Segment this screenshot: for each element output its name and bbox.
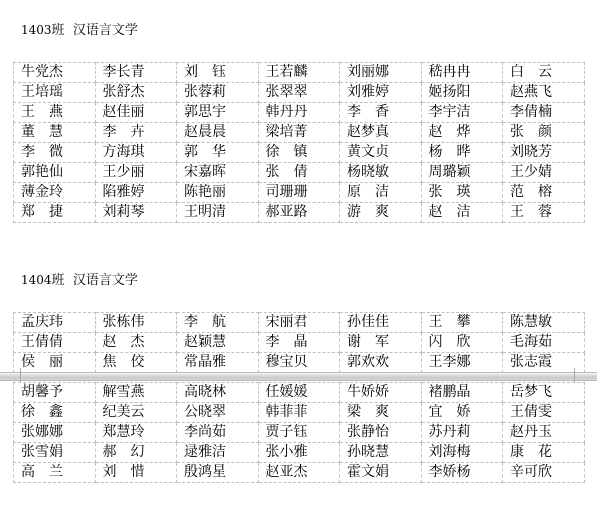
student-name-cell: 解雪燕 <box>95 383 177 403</box>
student-name-cell: 陈慧敏 <box>503 313 585 333</box>
student-name-cell: 宜 娇 <box>421 403 503 423</box>
student-name-cell: 李 晶 <box>258 333 340 353</box>
student-name-cell: 梁培菁 <box>258 123 340 143</box>
student-name-cell: 辛可欣 <box>503 463 585 483</box>
student-name-cell: 白 云 <box>503 63 585 83</box>
table-row: 张雪娟郝 幻逯雅洁张小雅孙晓慧刘海梅康 花 <box>14 443 585 463</box>
split-handle-right[interactable] <box>574 368 597 382</box>
student-name-cell: 李 航 <box>177 313 259 333</box>
student-name-cell: 殷鸿星 <box>177 463 259 483</box>
student-name-cell: 郑慧玲 <box>95 423 177 443</box>
student-name-cell: 王倩倩 <box>14 333 96 353</box>
student-name-cell: 贾子钰 <box>258 423 340 443</box>
document-page: 1403班 汉语言文学 牛党杰李长青刘 钰王若麟刘丽娜嵇冉冉白 云王培瑶张舒杰张… <box>0 0 597 522</box>
subject-label: 汉语言文学 <box>73 273 138 288</box>
student-name-cell: 刘晓芳 <box>503 143 585 163</box>
student-name-cell: 高晓林 <box>177 383 259 403</box>
student-name-cell: 黄文贞 <box>340 143 422 163</box>
class-label: 班 <box>52 23 65 38</box>
class-1404-title: 1404班 汉语言文学 <box>21 272 138 289</box>
student-name-cell: 王少丽 <box>95 163 177 183</box>
student-name-cell: 赵晨晨 <box>177 123 259 143</box>
student-name-cell: 侯 丽 <box>14 353 96 373</box>
student-name-cell: 高 兰 <box>14 463 96 483</box>
student-name-cell: 王李娜 <box>421 353 503 373</box>
class-1404-roster-table-bottom: 胡馨予解雪燕高晓林任媛媛牛娇娇褚鹏晶岳梦飞徐 鑫纪美云公晓翠韩菲菲梁 爽宜 娇王… <box>13 382 585 483</box>
student-name-cell: 李长青 <box>95 63 177 83</box>
student-name-cell: 谢 军 <box>340 333 422 353</box>
table-row: 高 兰刘 惜殷鸿星赵亚杰霍文娟李娇杨辛可欣 <box>14 463 585 483</box>
table-row: 王 燕赵佳丽郭思宇韩丹丹李 香李宇洁李倩楠 <box>14 103 585 123</box>
student-name-cell: 杨晓敏 <box>340 163 422 183</box>
student-name-cell: 岳梦飞 <box>503 383 585 403</box>
student-name-cell: 焦 佼 <box>95 353 177 373</box>
student-name-cell: 宋嘉晖 <box>177 163 259 183</box>
student-name-cell: 张栋伟 <box>95 313 177 333</box>
student-name-cell: 赵 烨 <box>421 123 503 143</box>
student-name-cell: 张 瑛 <box>421 183 503 203</box>
student-name-cell: 纪美云 <box>95 403 177 423</box>
student-name-cell: 张 颜 <box>503 123 585 143</box>
student-name-cell: 宋丽君 <box>258 313 340 333</box>
student-name-cell: 孙晓慧 <box>340 443 422 463</box>
student-name-cell: 王 蓉 <box>503 203 585 223</box>
table-row: 胡馨予解雪燕高晓林任媛媛牛娇娇褚鹏晶岳梦飞 <box>14 383 585 403</box>
table-row: 李 微方海琪郭 华徐 镇黄文贞杨 晔刘晓芳 <box>14 143 585 163</box>
student-name-cell: 赵亚杰 <box>258 463 340 483</box>
student-name-cell: 牛党杰 <box>14 63 96 83</box>
table-row: 张娜娜郑慧玲李尚茹贾子钰张静怡苏丹莉赵丹玉 <box>14 423 585 443</box>
student-name-cell: 闪 欣 <box>421 333 503 353</box>
student-name-cell: 原 洁 <box>340 183 422 203</box>
student-name-cell: 周璐颖 <box>421 163 503 183</box>
student-name-cell: 李娇杨 <box>421 463 503 483</box>
class-1403-roster-table: 牛党杰李长青刘 钰王若麟刘丽娜嵇冉冉白 云王培瑶张舒杰张蓉莉张翠翠刘雅婷姬扬阳赵… <box>13 62 585 223</box>
student-name-cell: 王少婧 <box>503 163 585 183</box>
student-name-cell: 张蓉莉 <box>177 83 259 103</box>
student-name-cell: 赵 洁 <box>421 203 503 223</box>
student-name-cell: 张娜娜 <box>14 423 96 443</box>
student-name-cell: 胡馨予 <box>14 383 96 403</box>
student-name-cell: 徐 镇 <box>258 143 340 163</box>
student-name-cell: 杨 晔 <box>421 143 503 163</box>
table-row: 郑 捷刘莉琴王明清郝亚路游 爽赵 洁王 蓉 <box>14 203 585 223</box>
student-name-cell: 郭欢欢 <box>340 353 422 373</box>
student-name-cell: 李尚茹 <box>177 423 259 443</box>
student-name-cell: 张翠翠 <box>258 83 340 103</box>
student-name-cell: 刘雅婷 <box>340 83 422 103</box>
student-name-cell: 陷雅婷 <box>95 183 177 203</box>
student-name-cell: 孟庆玮 <box>14 313 96 333</box>
student-name-cell: 赵颖慧 <box>177 333 259 353</box>
student-name-cell: 李倩楠 <box>503 103 585 123</box>
student-name-cell: 常晶雅 <box>177 353 259 373</box>
student-name-cell: 赵丹玉 <box>503 423 585 443</box>
class-1404-roster-table-top: 孟庆玮张栋伟李 航宋丽君孙佳佳王 攀陈慧敏王倩倩赵 杰赵颖慧李 晶谢 军闪 欣毛… <box>13 312 585 373</box>
student-name-cell: 郑 捷 <box>14 203 96 223</box>
student-name-cell: 张志霞 <box>503 353 585 373</box>
subject-label: 汉语言文学 <box>73 23 138 38</box>
student-name-cell: 韩菲菲 <box>258 403 340 423</box>
class-number: 1404 <box>21 273 52 287</box>
student-name-cell: 霍文娟 <box>340 463 422 483</box>
student-name-cell: 王 攀 <box>421 313 503 333</box>
student-name-cell: 郝 幻 <box>95 443 177 463</box>
student-name-cell: 张小雅 <box>258 443 340 463</box>
student-name-cell: 康 花 <box>503 443 585 463</box>
student-name-cell: 王 燕 <box>14 103 96 123</box>
student-name-cell: 陈艳丽 <box>177 183 259 203</box>
class-label: 班 <box>52 273 65 288</box>
student-name-cell: 赵燕飞 <box>503 83 585 103</box>
split-handle-left[interactable] <box>0 368 21 382</box>
student-name-cell: 李 香 <box>340 103 422 123</box>
student-name-cell: 刘 惜 <box>95 463 177 483</box>
student-name-cell: 范 榕 <box>503 183 585 203</box>
student-name-cell: 毛海茹 <box>503 333 585 353</box>
class-1403-title: 1403班 汉语言文学 <box>21 22 138 39</box>
student-name-cell: 郝亚路 <box>258 203 340 223</box>
class-number: 1403 <box>21 23 52 37</box>
student-name-cell: 刘海梅 <box>421 443 503 463</box>
student-name-cell: 方海琪 <box>95 143 177 163</box>
student-name-cell: 李 微 <box>14 143 96 163</box>
student-name-cell: 王倩雯 <box>503 403 585 423</box>
window-split-bar[interactable] <box>0 372 597 381</box>
student-name-cell: 薄金玲 <box>14 183 96 203</box>
student-name-cell: 牛娇娇 <box>340 383 422 403</box>
student-name-cell: 刘 钰 <box>177 63 259 83</box>
table-row: 牛党杰李长青刘 钰王若麟刘丽娜嵇冉冉白 云 <box>14 63 585 83</box>
student-name-cell: 苏丹莉 <box>421 423 503 443</box>
student-name-cell: 任媛媛 <box>258 383 340 403</box>
student-name-cell: 张雪娟 <box>14 443 96 463</box>
table-row: 郭艳仙王少丽宋嘉晖张 倩杨晓敏周璐颖王少婧 <box>14 163 585 183</box>
student-name-cell: 司珊珊 <box>258 183 340 203</box>
student-name-cell: 孙佳佳 <box>340 313 422 333</box>
student-name-cell: 李宇洁 <box>421 103 503 123</box>
student-name-cell: 穆宝贝 <box>258 353 340 373</box>
student-name-cell: 徐 鑫 <box>14 403 96 423</box>
table-row: 薄金玲陷雅婷陈艳丽司珊珊原 洁张 瑛范 榕 <box>14 183 585 203</box>
student-name-cell: 王若麟 <box>258 63 340 83</box>
table-row: 徐 鑫纪美云公晓翠韩菲菲梁 爽宜 娇王倩雯 <box>14 403 585 423</box>
student-name-cell: 韩丹丹 <box>258 103 340 123</box>
student-name-cell: 公晓翠 <box>177 403 259 423</box>
student-name-cell: 郭 华 <box>177 143 259 163</box>
student-name-cell: 姬扬阳 <box>421 83 503 103</box>
student-name-cell: 王培瑶 <box>14 83 96 103</box>
table-row: 王培瑶张舒杰张蓉莉张翠翠刘雅婷姬扬阳赵燕飞 <box>14 83 585 103</box>
student-name-cell: 梁 爽 <box>340 403 422 423</box>
student-name-cell: 郭艳仙 <box>14 163 96 183</box>
student-name-cell: 刘莉琴 <box>95 203 177 223</box>
student-name-cell: 李 卉 <box>95 123 177 143</box>
student-name-cell: 王明清 <box>177 203 259 223</box>
student-name-cell: 董 慧 <box>14 123 96 143</box>
student-name-cell: 逯雅洁 <box>177 443 259 463</box>
table-row: 董 慧李 卉赵晨晨梁培菁赵梦真赵 烨张 颜 <box>14 123 585 143</box>
table-row: 侯 丽焦 佼常晶雅穆宝贝郭欢欢王李娜张志霞 <box>14 353 585 373</box>
student-name-cell: 赵 杰 <box>95 333 177 353</box>
student-name-cell: 赵佳丽 <box>95 103 177 123</box>
student-name-cell: 刘丽娜 <box>340 63 422 83</box>
student-name-cell: 嵇冉冉 <box>421 63 503 83</box>
student-name-cell: 赵梦真 <box>340 123 422 143</box>
student-name-cell: 郭思宇 <box>177 103 259 123</box>
student-name-cell: 褚鹏晶 <box>421 383 503 403</box>
student-name-cell: 张静怡 <box>340 423 422 443</box>
student-name-cell: 张 倩 <box>258 163 340 183</box>
student-name-cell: 游 爽 <box>340 203 422 223</box>
table-row: 王倩倩赵 杰赵颖慧李 晶谢 军闪 欣毛海茹 <box>14 333 585 353</box>
table-row: 孟庆玮张栋伟李 航宋丽君孙佳佳王 攀陈慧敏 <box>14 313 585 333</box>
student-name-cell: 张舒杰 <box>95 83 177 103</box>
